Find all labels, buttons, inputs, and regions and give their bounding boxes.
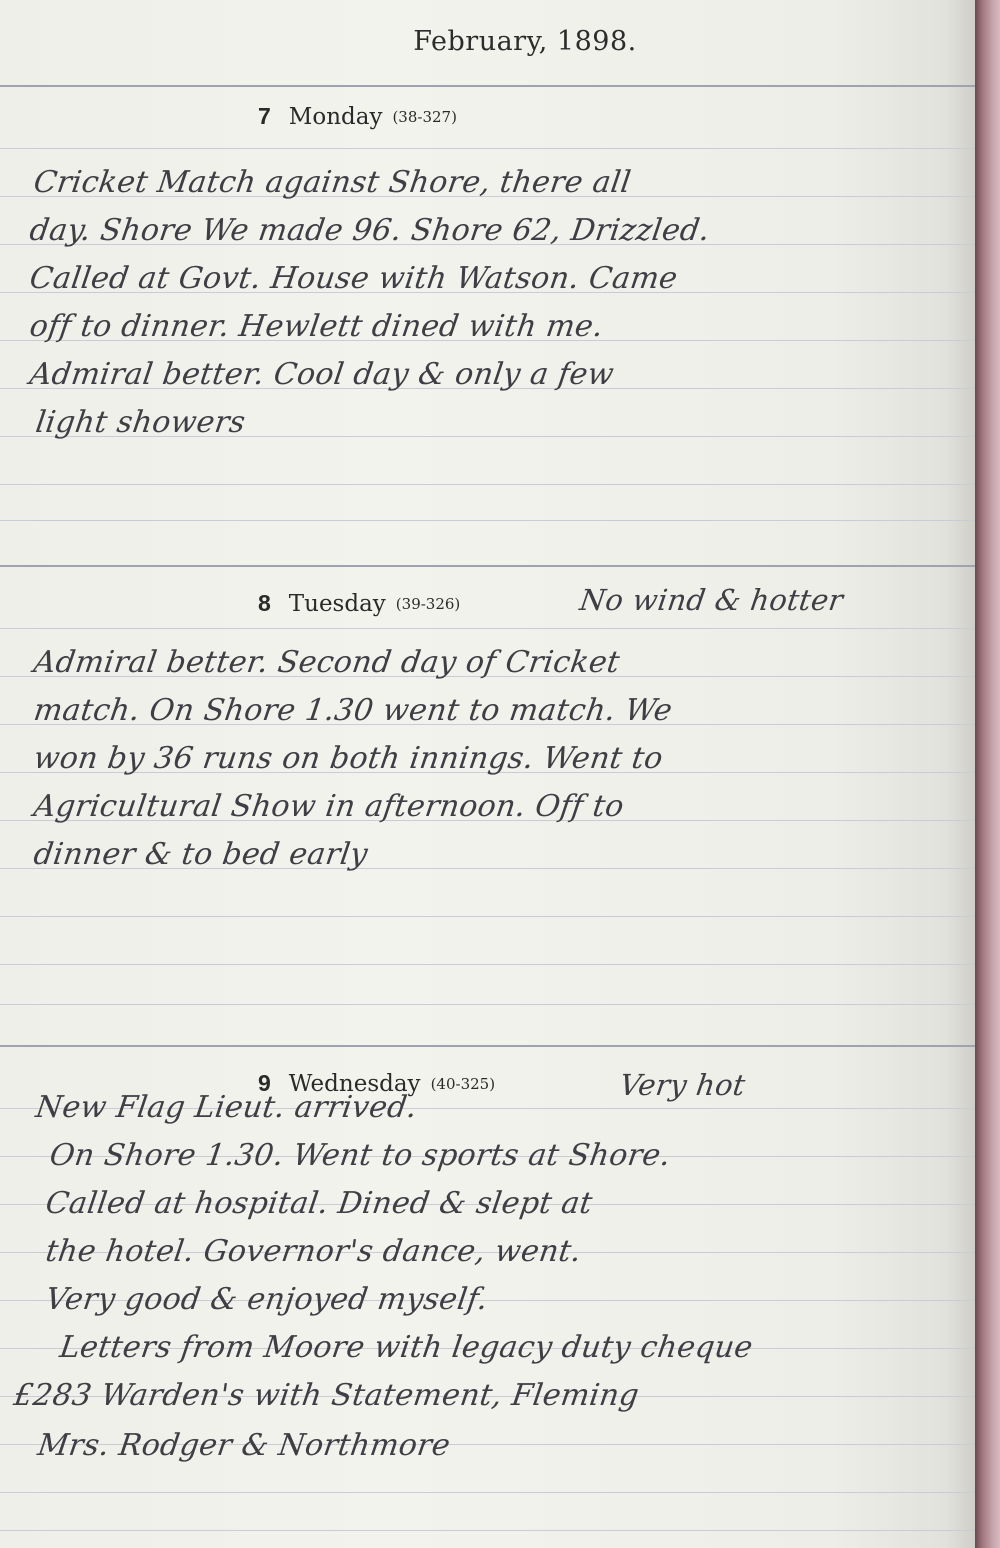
day-count: (39-326) [396, 595, 461, 613]
day-number: 8 [258, 590, 271, 616]
section-divider [0, 1045, 975, 1047]
ruled-line [0, 1004, 975, 1005]
entry-line: won by 36 runs on both innings. Went to [32, 741, 666, 776]
day-count: (38-327) [392, 108, 457, 126]
ruled-line [0, 1492, 975, 1493]
ruled-line [0, 628, 975, 629]
section-divider [0, 565, 975, 567]
entry-line: Very good & enjoyed myself. [44, 1282, 490, 1317]
entry-line: off to dinner. Hewlett dined with me. [28, 309, 606, 344]
ruled-line [0, 148, 975, 149]
entry-line: dinner & to bed early [32, 837, 370, 872]
ruled-line [0, 484, 975, 485]
entry-line: the hotel. Governor's dance, went. [44, 1234, 584, 1269]
entry-line: On Shore 1.30. Went to sports at Shore. [48, 1138, 673, 1173]
entry-line: day. Shore We made 96. Shore 62, Drizzle… [28, 213, 712, 248]
margin-note: Very hot [618, 1068, 748, 1102]
ruled-line [0, 520, 975, 521]
entry-line: £283 Warden's with Statement, Fleming [12, 1378, 642, 1413]
entry-line: light showers [34, 405, 248, 440]
day-count: (40-325) [431, 1075, 496, 1093]
header-rule [0, 85, 975, 87]
ruled-line [0, 916, 975, 917]
diary-page: February, 1898. 7Monday(38-327) Cricket … [0, 0, 975, 1548]
day-number: 7 [258, 103, 271, 129]
weekday: Monday [289, 104, 383, 130]
entry-line: Cricket Match against Shore, there all [32, 165, 634, 200]
weekday: Tuesday [289, 591, 386, 617]
entry-line: Admiral better. Cool day & only a few [28, 357, 617, 392]
entry-line: Called at Govt. House with Watson. Came [28, 261, 680, 296]
entry-line: Admiral better. Second day of Cricket [32, 645, 622, 680]
day-heading-monday: 7Monday(38-327) [258, 103, 457, 130]
entry-line: Letters from Moore with legacy duty cheq… [58, 1330, 755, 1365]
entry-line: Called at hospital. Dined & slept at [44, 1186, 595, 1221]
margin-note: No wind & hotter [578, 583, 846, 617]
day-heading-tuesday: 8Tuesday(39-326) [258, 590, 460, 617]
entry-line: match. On Shore 1.30 went to match. We [32, 693, 675, 728]
entry-line: New Flag Lieut. arrived. [34, 1090, 420, 1125]
ruled-line [0, 964, 975, 965]
page-title: February, 1898. [0, 26, 1000, 57]
book-binding-edge [975, 0, 1000, 1548]
ruled-line [0, 1530, 975, 1531]
entry-line: Agricultural Show in afternoon. Off to [32, 789, 627, 824]
entry-line: Mrs. Rodger & Northmore [36, 1428, 453, 1463]
